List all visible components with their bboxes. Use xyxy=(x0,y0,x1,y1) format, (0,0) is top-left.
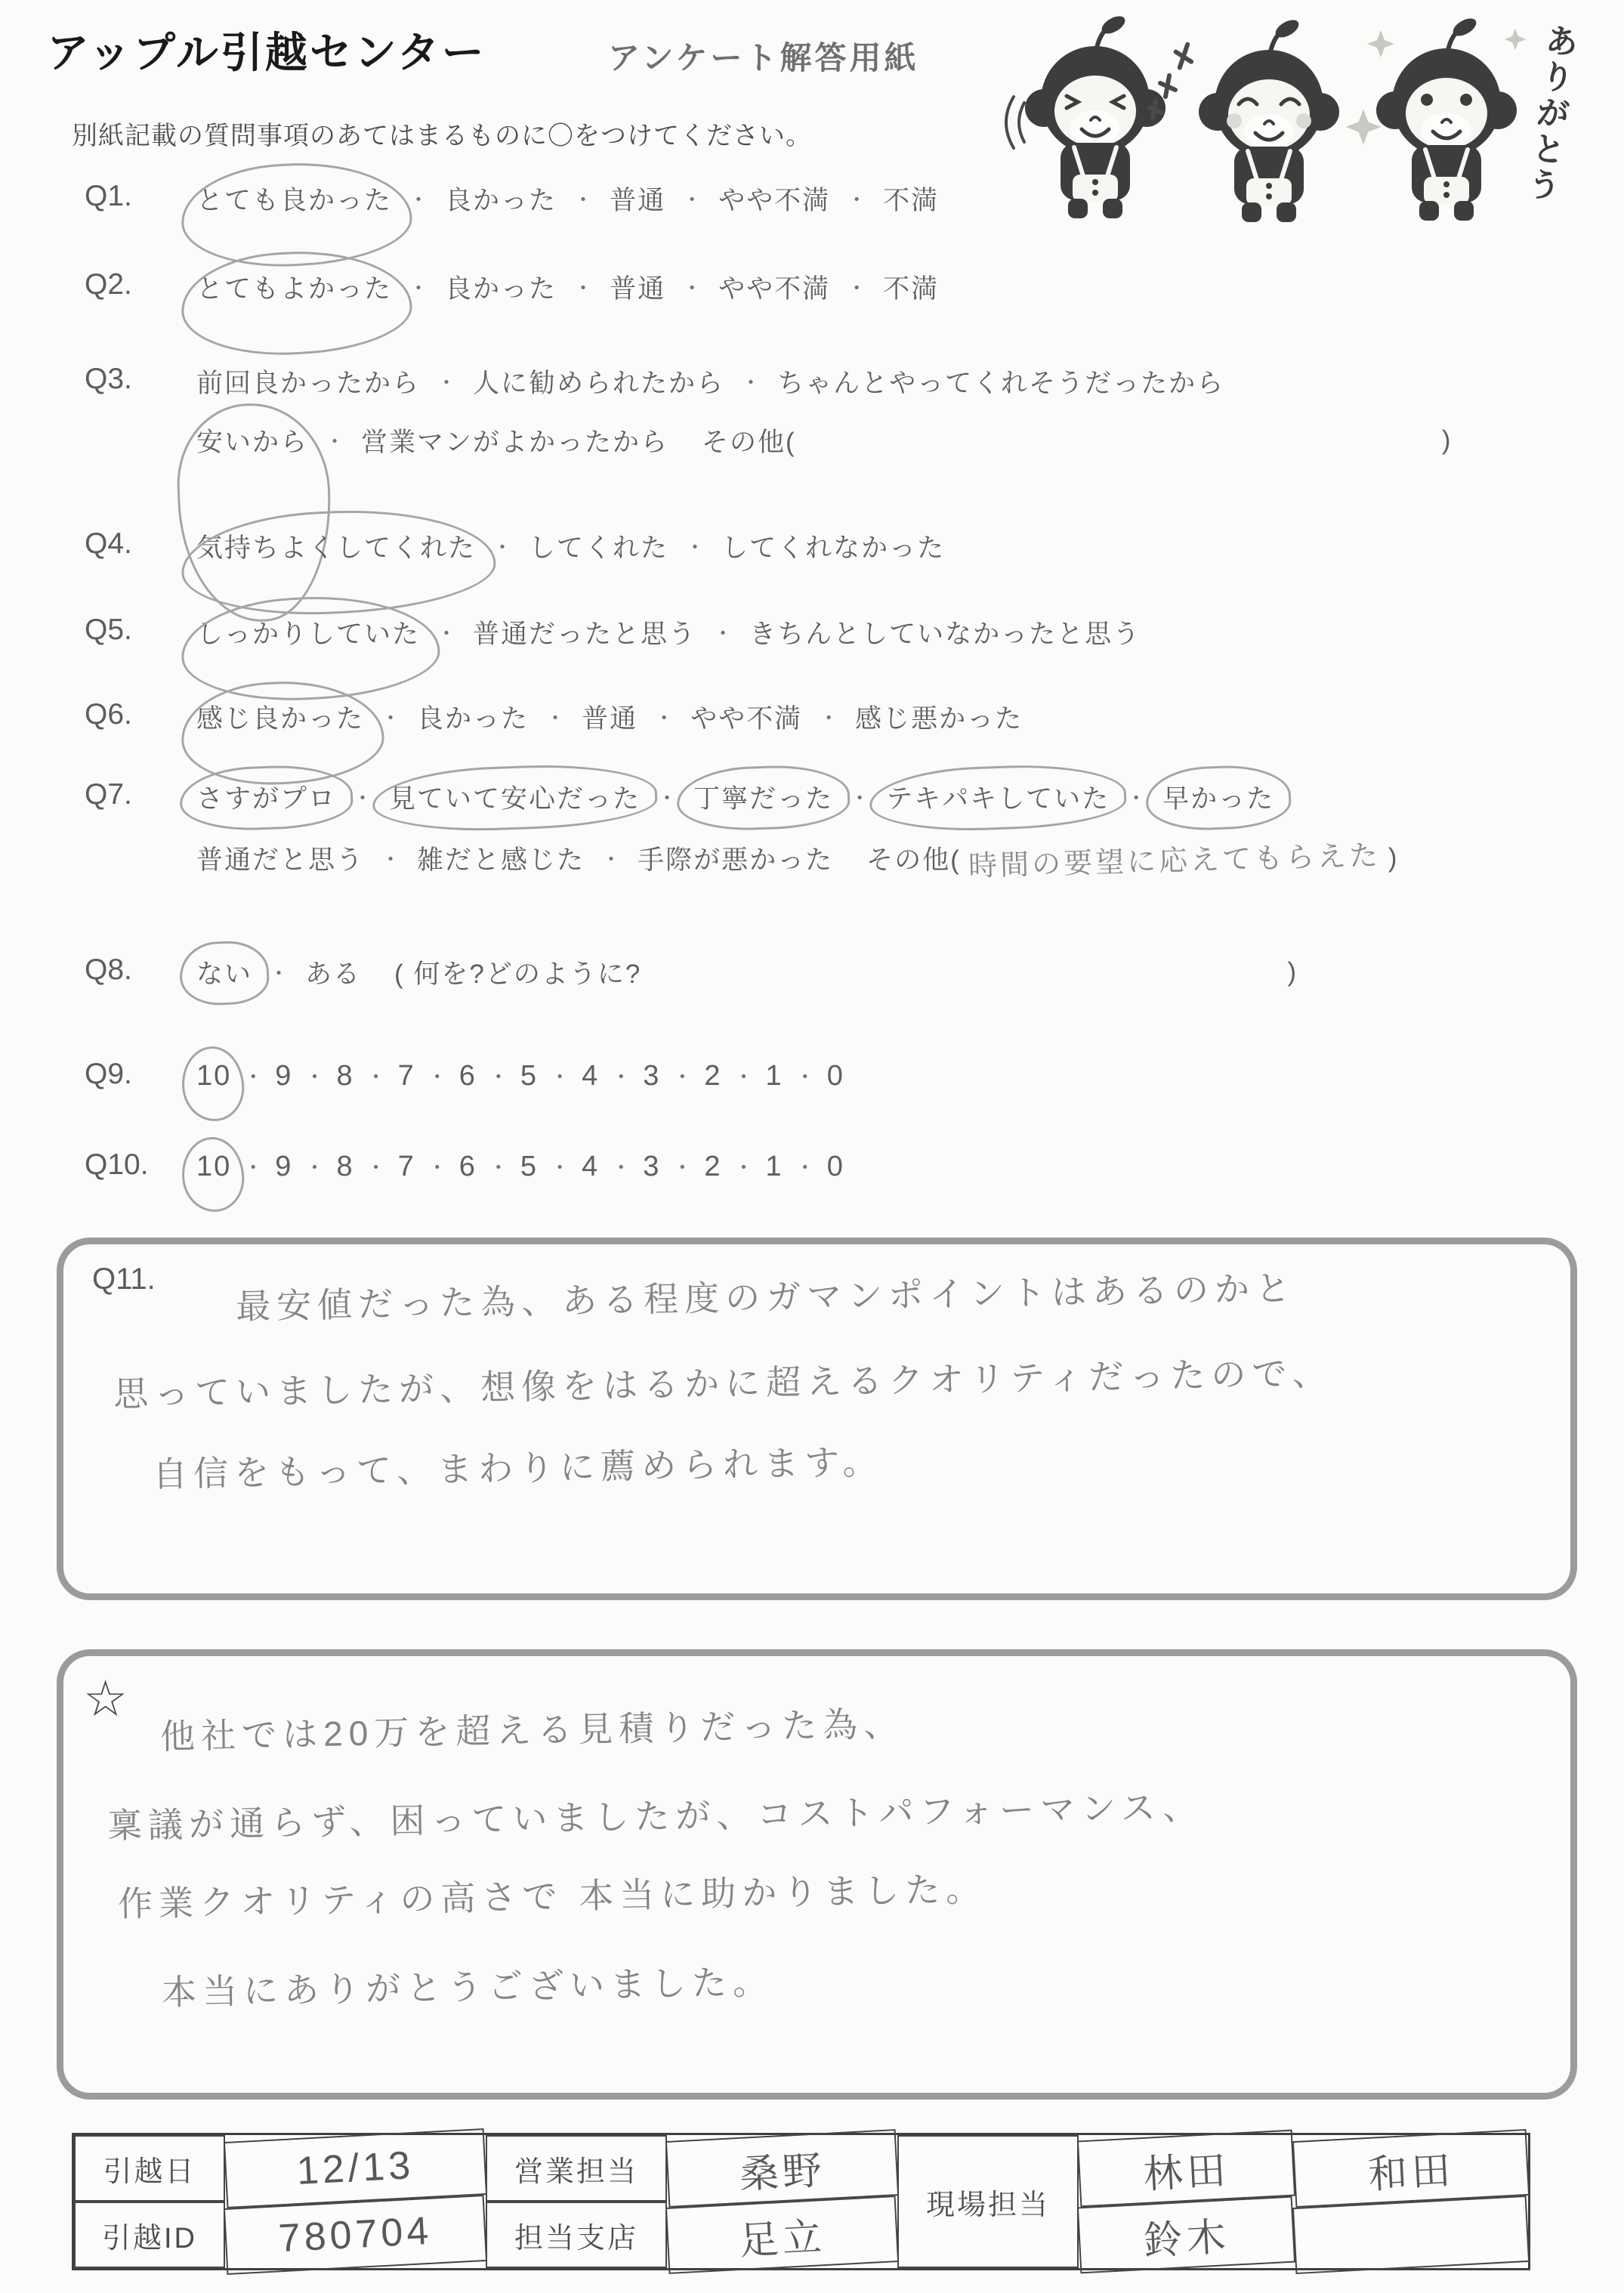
option-separator: ・ xyxy=(304,1151,325,1182)
option-text: 5 xyxy=(520,1151,538,1183)
option-separator: ・ xyxy=(610,1061,631,1091)
option-separator: ・ xyxy=(488,1061,509,1091)
option-text: 手際が悪かった xyxy=(638,839,833,877)
option-separator: ・ xyxy=(601,843,622,873)
option-text: 0 xyxy=(827,1060,844,1092)
option-text: ある xyxy=(305,953,361,991)
option-separator: ・ xyxy=(681,272,702,302)
option-separator: ・ xyxy=(549,1061,570,1091)
option-text: 前回良かったから xyxy=(196,363,420,400)
star-comment-box: ☆ 他社では20万を超える見積りだった為、 稟議が通らず、困っていましたが、コス… xyxy=(57,1649,1577,2100)
question-row-q2: Q2.とてもよかった・良かった・普通・やや不満・不満 xyxy=(85,268,939,306)
star-handwritten-line: 作業クオリティの高さで 本当に助かりました。 xyxy=(118,1862,987,1927)
sales-rep-value: 桑野 xyxy=(665,2129,899,2208)
option-separator: ・ xyxy=(672,1061,693,1091)
option-text: 2 xyxy=(704,1060,721,1092)
option-text: 普通 xyxy=(582,698,638,736)
option-separator: ・ xyxy=(492,531,513,561)
question-row-q9: Q9.10・9・8・7・6・5・4・3・2・1・0 xyxy=(85,1058,844,1094)
option-text: 3 xyxy=(643,1151,660,1183)
option-separator: ・ xyxy=(849,782,870,812)
option-separator: ・ xyxy=(366,1061,387,1091)
monkey-mascots-illustration xyxy=(1005,14,1533,229)
option-separator: ・ xyxy=(380,702,401,732)
q11-handwritten-line: 最安値だった為、ある程度のガマンポイントはあるのかと xyxy=(236,1261,1297,1329)
option-text: 5 xyxy=(520,1060,538,1092)
question-row-q5: Q5.しっかりしていた・普通だったと思う・きちんとしていなかったと思う xyxy=(85,613,1141,651)
site-crew-label: 現場担当 xyxy=(897,2135,1079,2268)
q11-handwritten-line: 思っていましたが、想像をはるかに超えるクオリティだったので、 xyxy=(113,1346,1333,1417)
option-text: 雑だと感じた xyxy=(417,839,585,877)
star-handwritten-line: 他社では20万を超える見積りだった為、 xyxy=(159,1696,904,1759)
option-separator: ・ xyxy=(656,782,678,812)
branch-value: 足立 xyxy=(665,2196,899,2274)
sparkle-icon xyxy=(1367,30,1394,57)
option-text: 不満 xyxy=(883,180,939,218)
option-separator: ・ xyxy=(573,184,594,214)
option-separator: ・ xyxy=(610,1151,631,1182)
instruction-text: 別紙記載の質問事項のあてはまるものに〇をつけてください。 xyxy=(72,115,812,152)
option-separator: ・ xyxy=(408,272,429,302)
option-text: 4 xyxy=(582,1151,599,1183)
motion-lines-icon xyxy=(1006,97,1024,148)
q11-comment-box: Q11. 最安値だった為、ある程度のガマンポイントはあるのかと 思っていましたが… xyxy=(57,1238,1577,1600)
circled-option: 早かった xyxy=(1162,778,1274,816)
option-text: 7 xyxy=(398,1151,415,1183)
option-separator: ・ xyxy=(795,1151,816,1182)
option-text: 良かった xyxy=(445,180,557,218)
move-id-value: 780704 xyxy=(224,2195,487,2275)
option-separator: ・ xyxy=(818,702,839,732)
other-open-paren: その他( xyxy=(866,839,961,877)
option-text: 7 xyxy=(398,1060,415,1092)
monkey-1-icon xyxy=(1025,14,1166,218)
circled-option: 10 xyxy=(196,1151,231,1183)
circled-option: とてもよかった xyxy=(196,268,392,306)
option-separator: ・ xyxy=(324,425,345,456)
option-text: 6 xyxy=(459,1060,477,1092)
option-separator: ・ xyxy=(846,272,867,302)
option-text: 良かった xyxy=(417,698,529,736)
circled-option: 気持ちよくしてくれた xyxy=(196,527,476,565)
circled-option: ない xyxy=(196,953,252,991)
question-label: Q2. xyxy=(85,268,196,301)
company-title: アップル引越センター xyxy=(47,20,486,80)
option-separator: ・ xyxy=(488,1151,509,1182)
option-text: してくれた xyxy=(529,527,668,565)
circled-option: テキパキしていた xyxy=(886,778,1110,816)
question-row-q8: Q8.ない・ある( 何を?どのように?) xyxy=(85,953,1298,991)
option-separator: ・ xyxy=(846,184,867,214)
option-text: やや不満 xyxy=(690,698,802,736)
crew-name-2: 和田 xyxy=(1292,2129,1530,2208)
question-row-q6: Q6.感じ良かった・良かった・普通・やや不満・感じ悪かった xyxy=(85,698,1023,736)
star-handwritten-line: 稟議が通らず、困っていましたが、コストパフォーマンス、 xyxy=(107,1779,1204,1848)
move-date-label: 引越日 xyxy=(74,2135,225,2202)
option-text: 8 xyxy=(336,1060,354,1092)
crew-name-4 xyxy=(1292,2196,1530,2274)
option-separator: ・ xyxy=(380,843,401,873)
crew-name-3: 鈴木 xyxy=(1077,2196,1295,2274)
circled-option: しっかりしていた xyxy=(196,613,420,651)
circled-option: さすがプロ xyxy=(196,778,336,816)
option-separator: ・ xyxy=(733,1151,755,1182)
option-separator: ・ xyxy=(545,702,566,732)
other-open-paren: その他( xyxy=(702,422,796,459)
question-label: Q7. xyxy=(85,778,196,811)
circled-option: とても良かった xyxy=(196,180,392,218)
option-text: 9 xyxy=(275,1060,292,1092)
option-text: 良かった xyxy=(445,268,557,306)
option-text: 1 xyxy=(766,1060,783,1092)
question-label: Q1. xyxy=(85,180,196,213)
other-close-paren: ) xyxy=(1442,425,1453,456)
option-separator: ・ xyxy=(740,366,761,397)
circled-option: 安いから xyxy=(196,422,308,459)
question-label: Q6. xyxy=(85,698,196,731)
sheet-subtitle: アンケート解答用紙 xyxy=(608,33,919,79)
option-separator: ・ xyxy=(436,617,457,647)
star-handwritten-line: 本当にありがとうございました。 xyxy=(161,1955,773,2015)
option-separator: ・ xyxy=(672,1151,693,1182)
option-separator: ・ xyxy=(427,1061,448,1091)
option-text: 2 xyxy=(704,1151,721,1183)
question-label: Q10. xyxy=(85,1148,196,1182)
option-separator: ・ xyxy=(733,1061,755,1091)
circled-option: 見ていて安心だった xyxy=(389,778,641,816)
option-text: 3 xyxy=(643,1060,660,1092)
option-text: やや不満 xyxy=(718,180,830,218)
option-separator: ・ xyxy=(352,782,373,812)
option-separator: ・ xyxy=(795,1061,816,1091)
question-label: Q5. xyxy=(85,613,196,647)
option-text: 4 xyxy=(582,1060,599,1092)
circled-option: 感じ良かった xyxy=(196,698,364,736)
option-text: やや不満 xyxy=(718,268,830,306)
option-text: 人に勧められたから xyxy=(473,363,724,400)
option-text: 6 xyxy=(459,1151,477,1183)
option-separator: ・ xyxy=(712,617,733,647)
option-separator: ・ xyxy=(304,1061,325,1091)
other-close-paren: ) xyxy=(1287,957,1298,987)
option-separator: ・ xyxy=(366,1151,387,1182)
option-text: ちゃんとやってくれそうだったから xyxy=(777,363,1224,400)
question-label: Q8. xyxy=(85,953,196,987)
sparkle-icon xyxy=(1346,110,1382,145)
question-row-q7: Q7.さすがプロ・見ていて安心だった・丁寧だった・テキパキしていた・早かった普通… xyxy=(85,778,1398,879)
option-separator: ・ xyxy=(268,957,289,987)
q11-handwritten-line: 自信をもって、まわりに薦められます。 xyxy=(152,1435,883,1497)
option-separator: ・ xyxy=(653,702,675,732)
option-separator: ・ xyxy=(427,1151,448,1182)
option-separator: ・ xyxy=(408,184,429,214)
monkey-2-icon xyxy=(1199,17,1339,222)
other-open-paren: ( 何を?どのように? xyxy=(394,953,641,991)
option-text: 不満 xyxy=(883,268,939,306)
option-text: 8 xyxy=(336,1151,354,1183)
plus-sparkles-icon xyxy=(1150,43,1193,118)
option-separator: ・ xyxy=(573,272,594,302)
survey-sheet: アップル引越センター アンケート解答用紙 別紙記載の質問事項のあてはまるものに〇… xyxy=(0,0,1624,2293)
option-separator: ・ xyxy=(684,531,705,561)
option-separator: ・ xyxy=(242,1151,264,1182)
branch-label: 担当支店 xyxy=(486,2202,667,2268)
option-text: 営業マンがよかったから xyxy=(361,422,668,459)
q11-label: Q11. xyxy=(92,1262,156,1296)
question-label: Q9. xyxy=(85,1058,196,1091)
star-icon: ☆ xyxy=(83,1670,128,1728)
question-label: Q3. xyxy=(85,363,196,396)
footer-info-table: 引越日 12/13 営業担当 桑野 現場担当 林田 和田 引越ID 780704… xyxy=(72,2133,1530,2270)
option-text: してくれなかった xyxy=(721,527,945,565)
option-separator: ・ xyxy=(1125,782,1147,812)
circled-option: 10 xyxy=(196,1060,231,1092)
option-separator: ・ xyxy=(242,1061,264,1091)
option-separator: ・ xyxy=(549,1151,570,1182)
move-id-label: 引越ID xyxy=(74,2202,225,2268)
other-close-paren: ) xyxy=(1388,843,1399,873)
option-text: 普通 xyxy=(610,268,665,306)
crew-name-1: 林田 xyxy=(1077,2130,1295,2208)
option-text: 感じ悪かった xyxy=(855,698,1023,736)
question-label: Q4. xyxy=(85,527,196,561)
option-text: 普通だと思う xyxy=(196,839,364,877)
question-row-q1: Q1.とても良かった・良かった・普通・やや不満・不満 xyxy=(85,180,939,218)
sales-rep-label: 営業担当 xyxy=(486,2135,667,2202)
question-row-q4: Q4.気持ちよくしてくれた・してくれた・してくれなかった xyxy=(85,527,945,565)
option-text: 9 xyxy=(275,1151,292,1183)
option-separator: ・ xyxy=(436,366,457,397)
question-row-q10: Q10.10・9・8・7・6・5・4・3・2・1・0 xyxy=(85,1148,844,1185)
option-text: 普通 xyxy=(610,180,665,218)
option-text: 0 xyxy=(827,1151,844,1183)
option-separator: ・ xyxy=(681,184,702,214)
sparkle-icon xyxy=(1505,29,1527,51)
handwritten-other-answer: 時間の要望に応えてもらえた xyxy=(968,832,1381,884)
option-text: 1 xyxy=(766,1151,783,1183)
circled-option: 丁寧だった xyxy=(693,778,833,816)
option-text: きちんとしていなかったと思う xyxy=(749,613,1141,651)
question-row-q3: Q3.前回良かったから・人に勧められたから・ちゃんとやってくれそうだったから安い… xyxy=(85,363,1452,459)
monkey-3-icon xyxy=(1376,15,1517,221)
option-text: 普通だったと思う xyxy=(473,613,696,651)
